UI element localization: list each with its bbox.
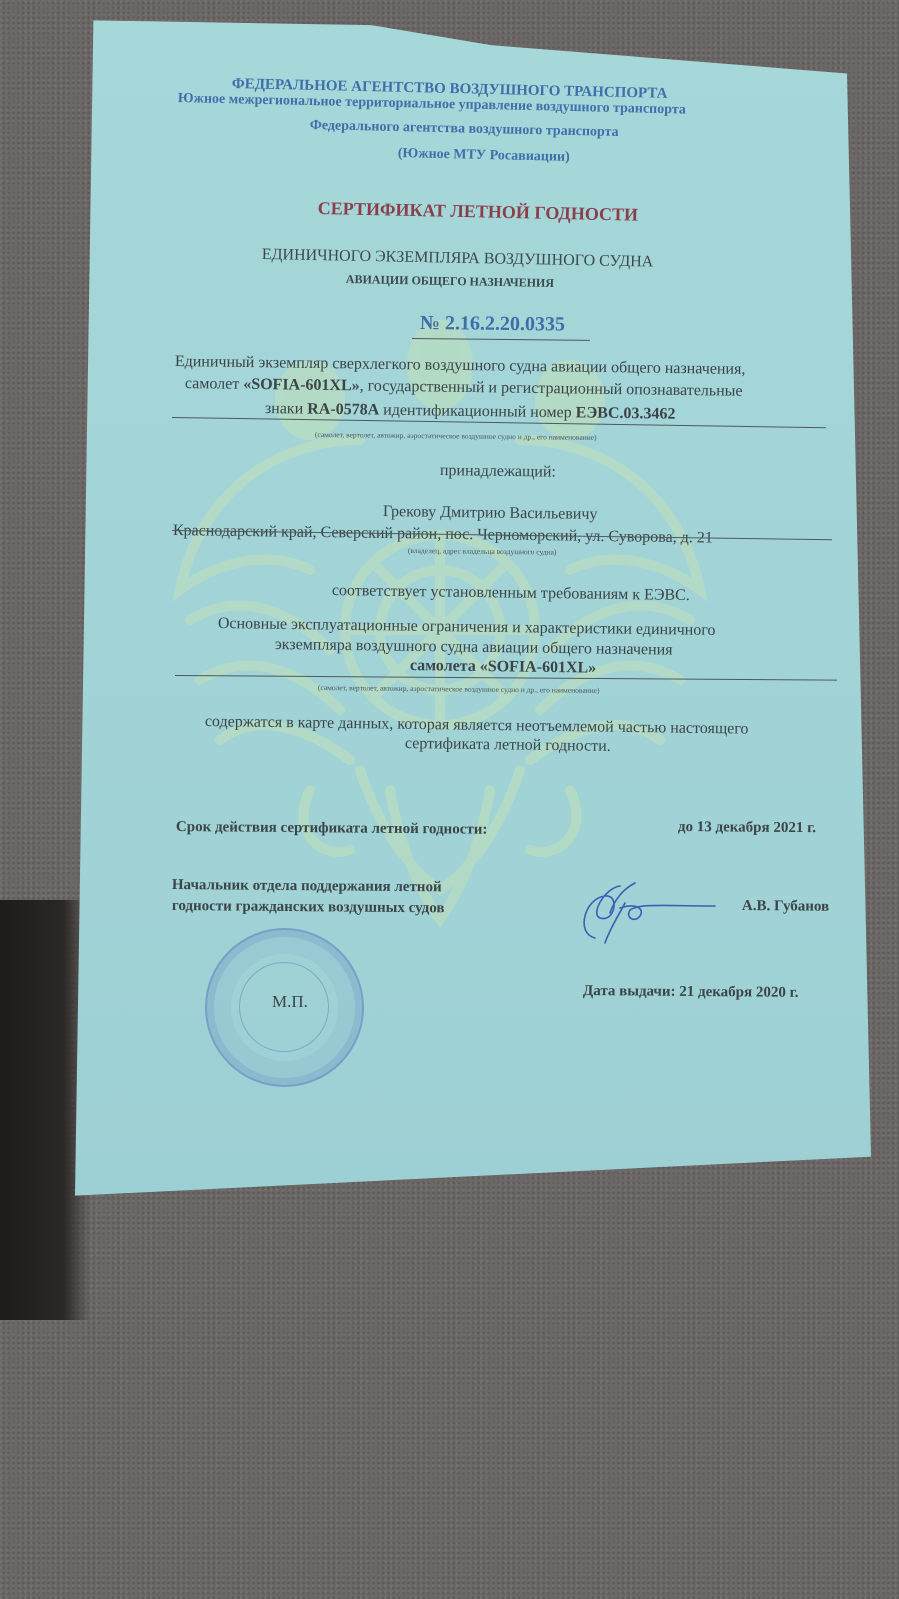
id-number-label: идентификационный номер (379, 402, 576, 422)
belongs-label: принадлежащий: (440, 462, 556, 482)
registration-label: знаки (265, 400, 308, 418)
validity-date: до 13 декабря 2021 г. (678, 819, 816, 837)
id-number: ЕЭВС.03.3462 (576, 404, 676, 422)
certificate-number: № 2.16.2.20.0335 (420, 312, 565, 337)
aircraft-type: самолет (185, 375, 244, 393)
aircraft-model: «SOFIA-601XL» (243, 376, 360, 395)
signatory-title-2: годности гражданских воздушных судов (172, 898, 445, 917)
validity-label: Срок действия сертификата летной годност… (176, 819, 488, 839)
owner-caption: (владелец, адрес владельца воздушного су… (408, 546, 557, 557)
signature-icon (565, 878, 725, 948)
registration-mark: RA-0578A (307, 401, 379, 419)
stamp-placeholder: М.П. (272, 992, 308, 1012)
signatory-name: А.В. Губанов (742, 898, 829, 916)
owner-name: Грекову Дмитрию Васильевичу (383, 503, 598, 524)
issue-date: Дата выдачи: 21 декабря 2020 г. (583, 983, 799, 1002)
limits-aircraft: самолета «SOFIA-601XL» (410, 657, 597, 678)
limits-line-5: сертификата летной годности. (405, 735, 611, 756)
signatory-title-1: Начальник отдела поддержания летной (172, 877, 442, 896)
